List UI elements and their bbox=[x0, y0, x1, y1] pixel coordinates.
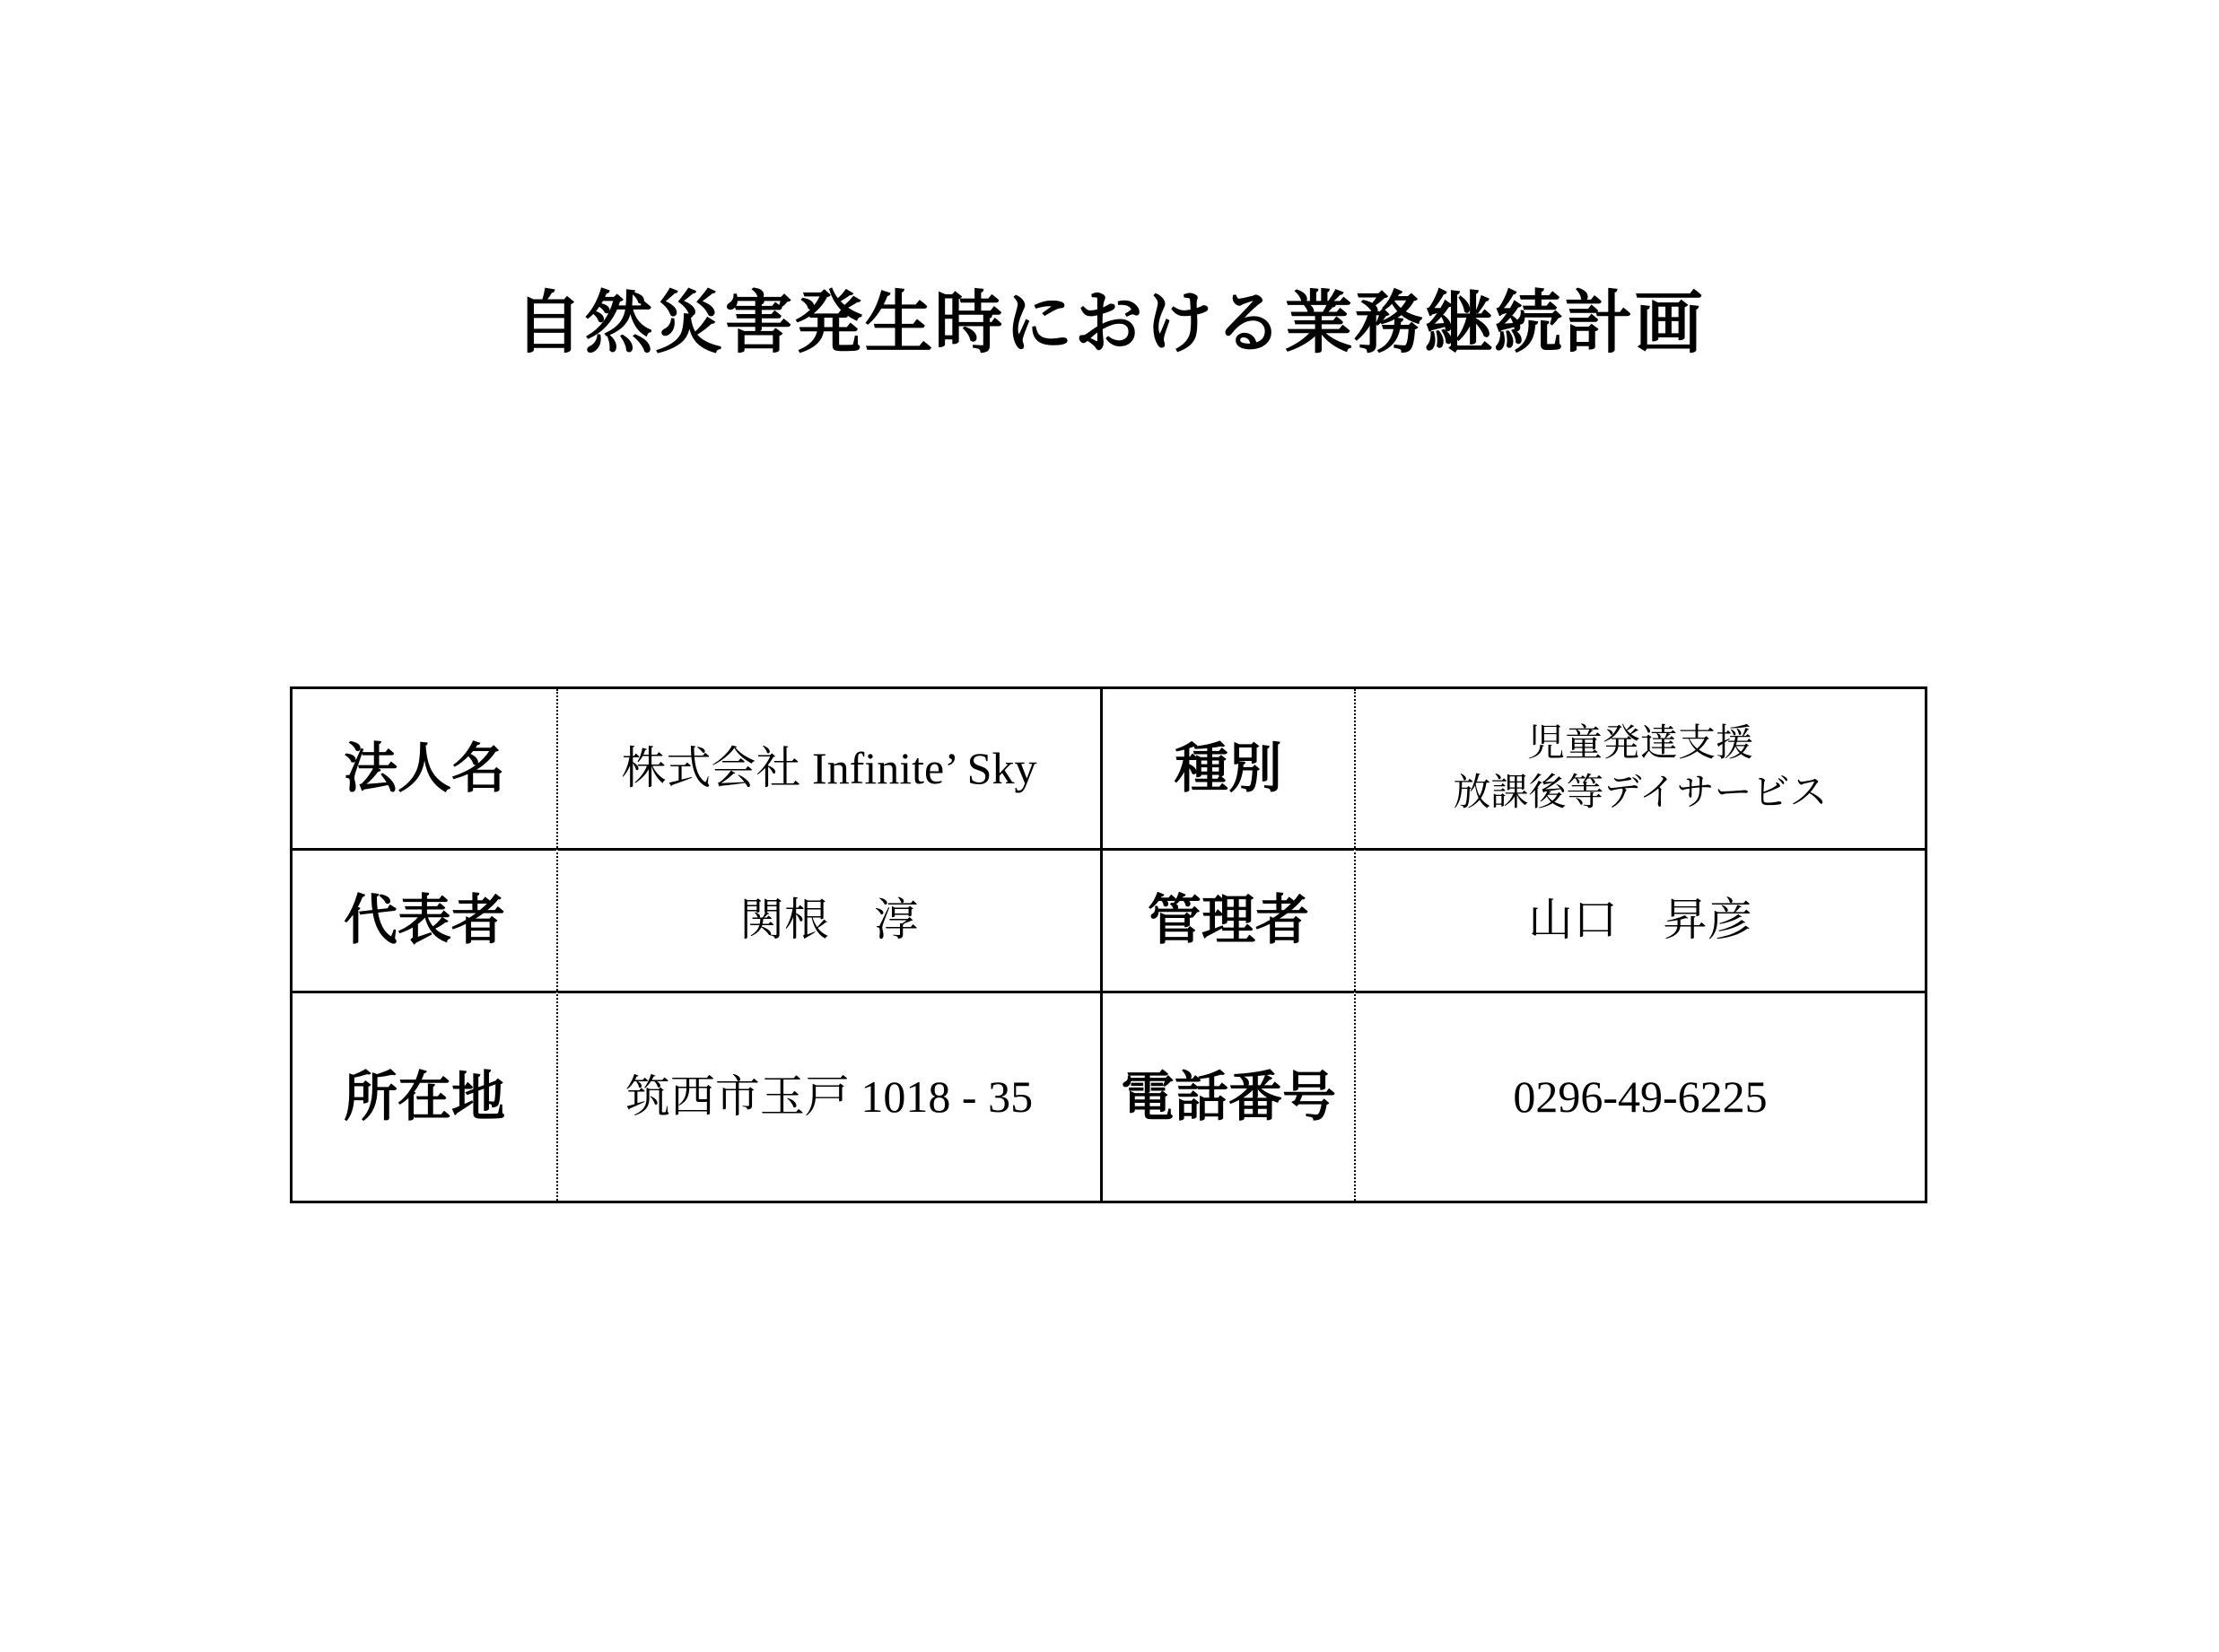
service-type-value-cell: 児童発達支援 放課後等デイサービス bbox=[1354, 689, 1925, 848]
manager-label: 管理者 bbox=[1148, 891, 1309, 950]
corporate-name-value: 株式会社 Infinite’ Sky bbox=[622, 743, 1037, 795]
representative-value: 関根 淳 bbox=[739, 895, 919, 947]
representative-value-cell: 関根 淳 bbox=[556, 848, 1100, 991]
service-type-value-line2: 放課後等デイサービス bbox=[1453, 769, 1827, 818]
service-type-label-cell: 種別 bbox=[1100, 689, 1354, 848]
document-page: 自然災害発生時における業務継続計画 法人名 株式会社 Infinite’ Sky… bbox=[0, 0, 2219, 1652]
manager-label-cell: 管理者 bbox=[1100, 848, 1354, 991]
phone-value-cell: 0296-49-6225 bbox=[1354, 991, 1925, 1201]
phone-value: 0296-49-6225 bbox=[1513, 1071, 1767, 1123]
corporate-name-label: 法人名 bbox=[344, 739, 505, 799]
facility-info-table: 法人名 株式会社 Infinite’ Sky 種別 児童発達支援 放課後等デイサ… bbox=[290, 686, 1927, 1203]
representative-label: 代表者 bbox=[344, 891, 505, 950]
phone-label-cell: 電話番号 bbox=[1100, 991, 1354, 1201]
manager-value-cell: 山口 昇彦 bbox=[1354, 848, 1925, 991]
manager-value: 山口 昇彦 bbox=[1528, 895, 1752, 947]
representative-label-cell: 代表者 bbox=[293, 848, 556, 991]
address-label: 所在地 bbox=[344, 1068, 505, 1127]
address-label-cell: 所在地 bbox=[293, 991, 556, 1201]
address-value: 筑西市玉戸 1018 - 35 bbox=[625, 1071, 1033, 1123]
phone-label: 電話番号 bbox=[1121, 1068, 1336, 1127]
corporate-name-label-cell: 法人名 bbox=[293, 689, 556, 848]
service-type-value-line1: 児童発達支援 bbox=[1527, 720, 1753, 769]
service-type-label: 種別 bbox=[1175, 739, 1282, 799]
address-value-cell: 筑西市玉戸 1018 - 35 bbox=[556, 991, 1100, 1201]
document-title: 自然災害発生時における業務継続計画 bbox=[0, 290, 2219, 358]
corporate-name-value-cell: 株式会社 Infinite’ Sky bbox=[556, 689, 1100, 848]
